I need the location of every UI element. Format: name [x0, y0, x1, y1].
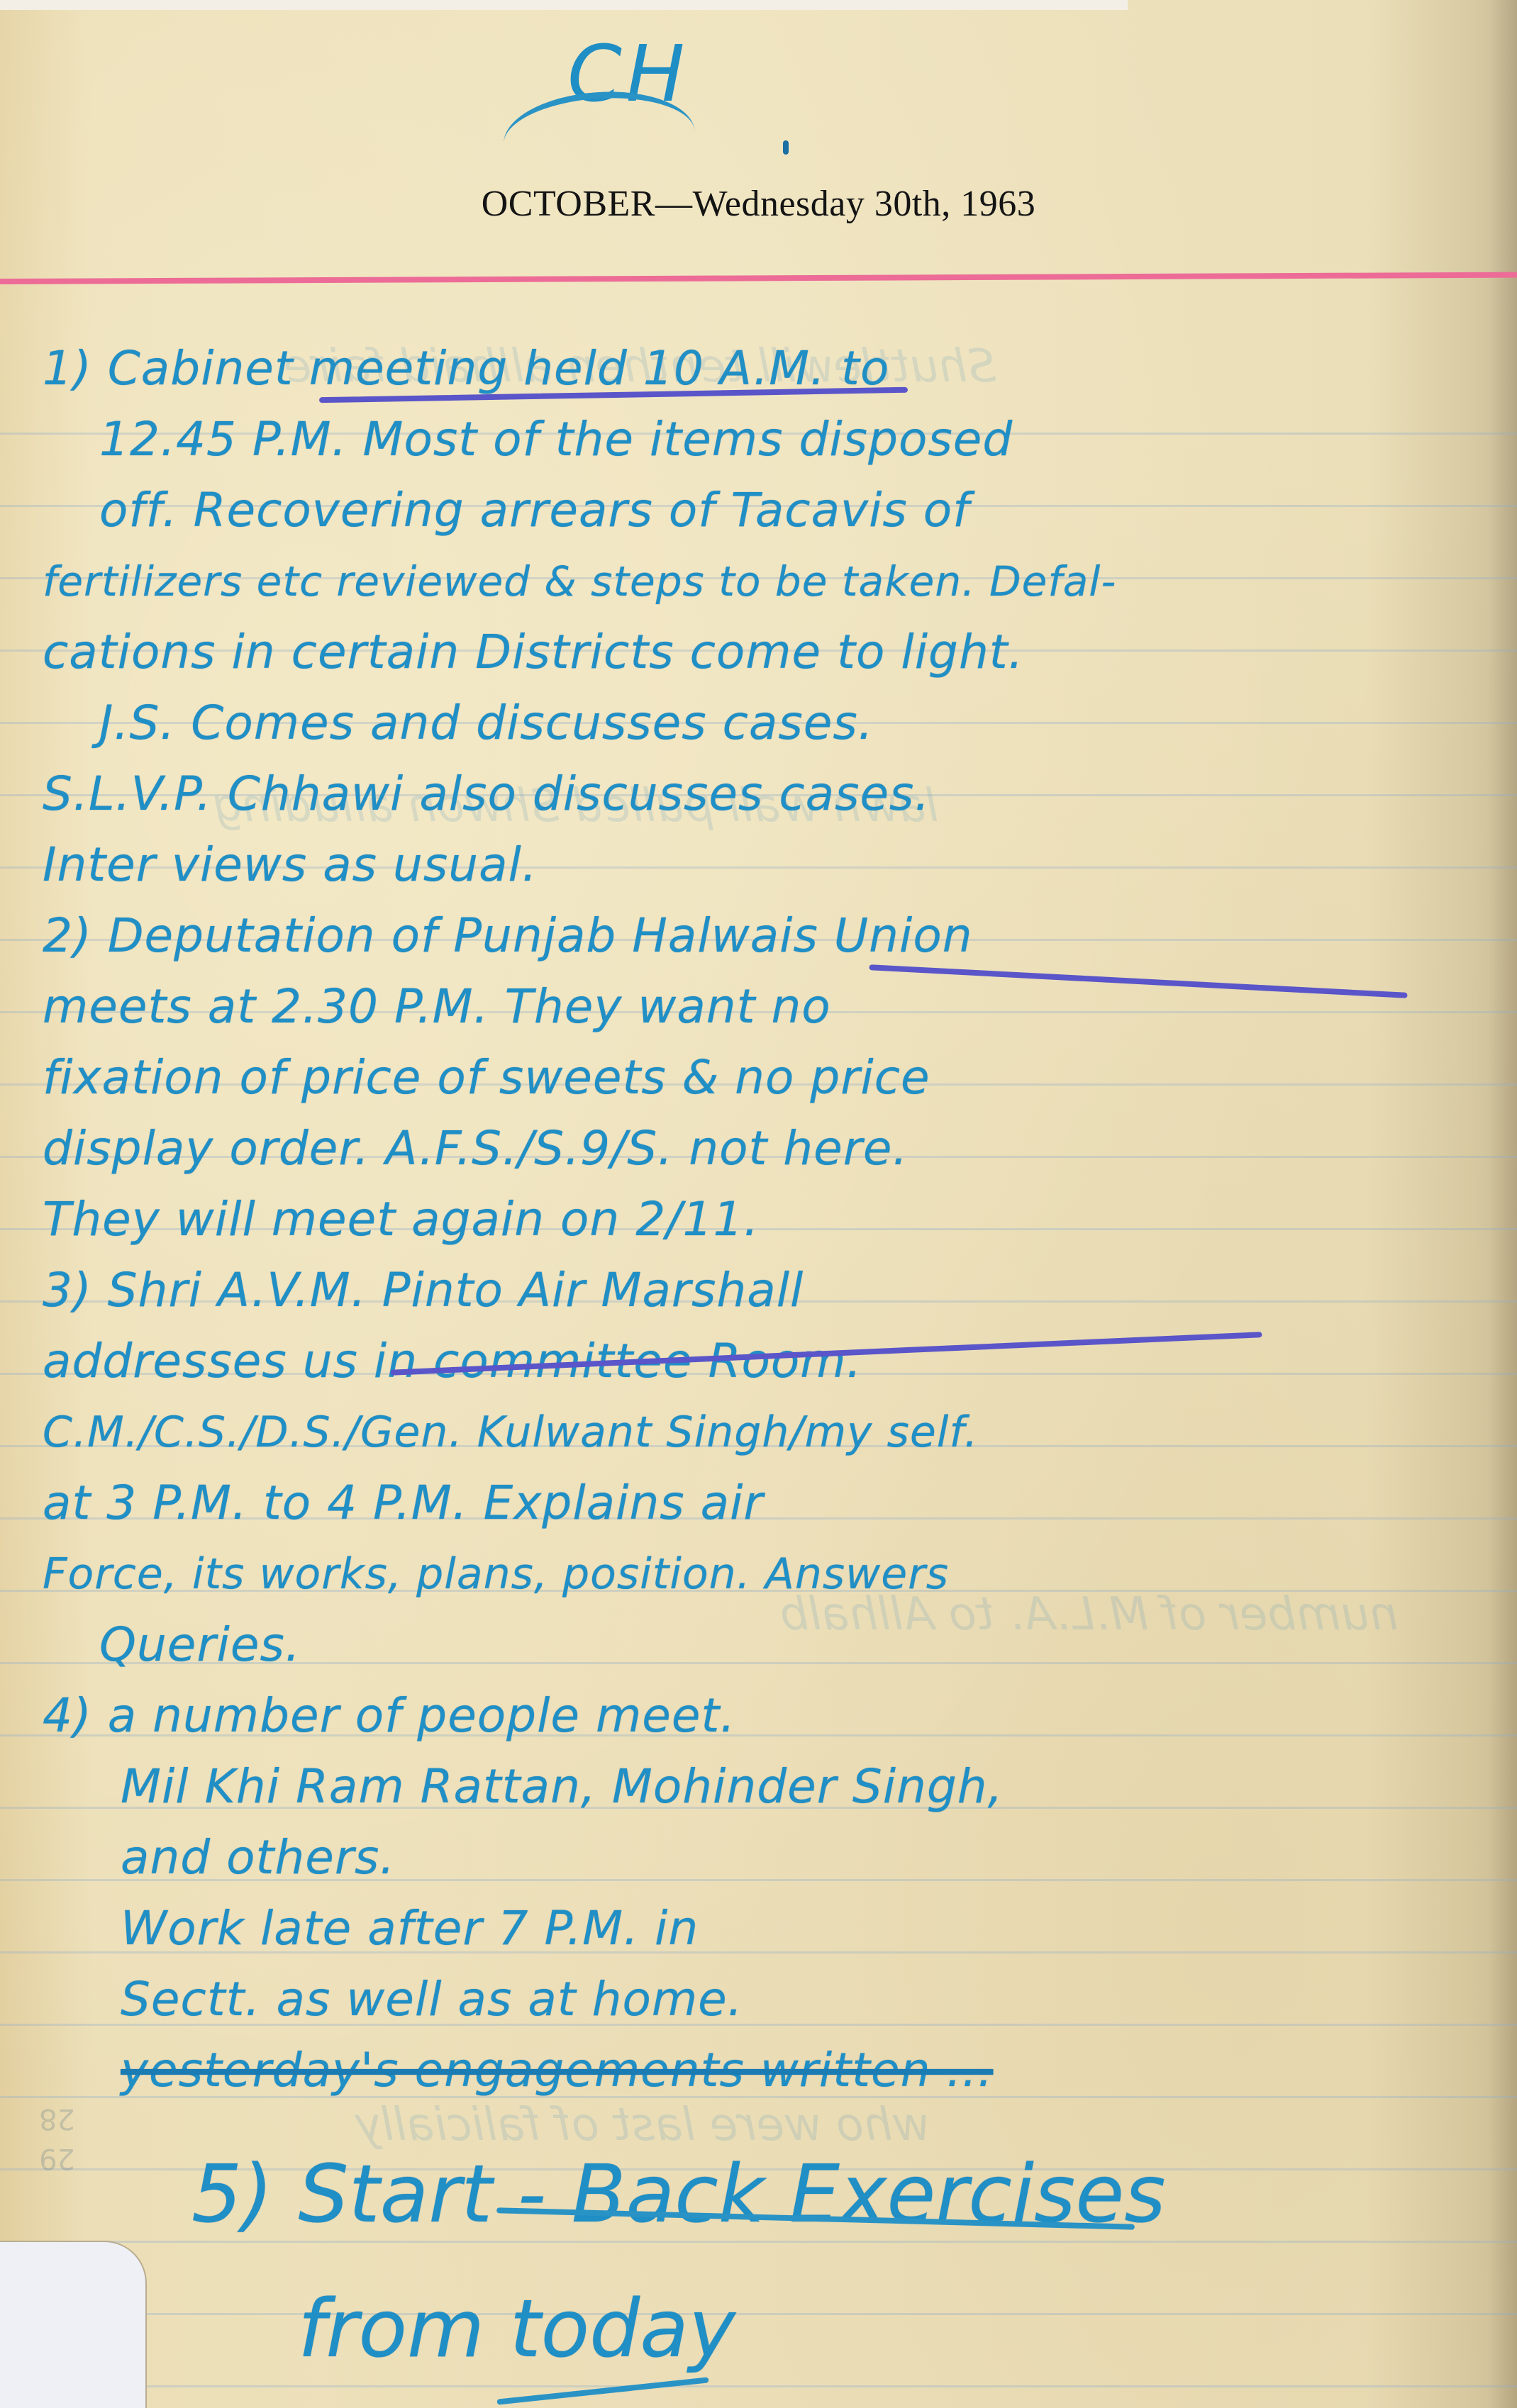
entry-1-line-4: fertilizers etc reviewed & steps to be t… — [43, 546, 1461, 617]
entry-3-line-1: 3) Shri A.V.M. Pinto Air Marshall — [43, 1255, 1461, 1326]
struck-out-line-wrapper: yesterday's engagements written ... — [43, 2035, 1461, 2106]
entry-2-line-2: meets at 2.30 P.M. They want no — [43, 971, 1461, 1042]
underline-today — [496, 2377, 709, 2404]
entry-2-line-5: They will meet again on 2/11. — [43, 1184, 1461, 1255]
entry-4-line-2: Mil Khi Ram Rattan, Mohinder Singh, — [43, 1751, 1461, 1822]
diary-entries: 1) Cabinet meeting held 10 A.M. to 12.45… — [43, 333, 1461, 2106]
entry-2-line-4: display order. A.F.S./S.9/S. not here. — [43, 1113, 1461, 1184]
entry-4-line-1: 4) a number of people meet. — [43, 1680, 1461, 1751]
pink-margin-rule — [0, 272, 1517, 284]
bleed-through-text: who were last of falicially — [355, 2099, 930, 2151]
entry-3-line-4: at 3 P.M. to 4 P.M. Explains air — [43, 1468, 1461, 1539]
entry-2-line-1: 2) Deputation of Punjab Halwais Union — [43, 901, 1461, 971]
entry-1-line-8: Inter views as usual. — [43, 830, 1461, 901]
ruled-line — [0, 2241, 1517, 2243]
entry-1-line-7: S.L.V.P. Chhawi also discusses cases. — [43, 759, 1461, 830]
entry-4-line-3: and others. — [43, 1822, 1461, 1893]
entry-3-line-6: Queries. — [43, 1610, 1461, 1680]
header-dot — [783, 140, 789, 155]
ruled-line — [0, 2313, 1517, 2315]
entry-1-line-6: J.S. Comes and discusses cases. — [43, 688, 1461, 759]
ruled-line — [0, 2385, 1517, 2387]
entry-3-line-3: C.M./C.S./D.S./Gen. Kulwant Singh/my sel… — [43, 1397, 1461, 1468]
entry-4-line-5: Sectt. as well as at home. — [43, 1964, 1461, 2035]
diary-page: Shuttlewill tenthen allhaid faire lawn w… — [0, 0, 1517, 2408]
page-number-29: 29 — [39, 2139, 75, 2178]
page-binding-shadow — [1489, 0, 1517, 2408]
entry-1-line-2: 12.45 P.M. Most of the items disposed — [43, 404, 1461, 475]
entry-1-line-3: off. Recovering arrears of Tacavis of — [43, 475, 1461, 546]
page-number-28: 28 — [39, 2099, 75, 2139]
scanner-tab-cutout — [0, 2241, 147, 2408]
entry-2-line-3: fixation of price of sweets & no price — [43, 1042, 1461, 1113]
scan-edge-strip — [0, 0, 1128, 10]
date-heading: OCTOBER—Wednesday 30th, 1963 — [0, 183, 1517, 225]
entry-5-line-2: from today — [298, 2283, 735, 2375]
margin-page-numbers: 29 28 — [39, 2099, 75, 2178]
entry-1-line-5: cations in certain Districts come to lig… — [43, 617, 1461, 688]
entry-4-line-4: Work late after 7 P.M. in — [43, 1893, 1461, 1964]
struck-out-line: yesterday's engagements written ... — [121, 2043, 993, 2097]
entry-3-line-5: Force, its works, plans, position. Answe… — [43, 1539, 1461, 1610]
